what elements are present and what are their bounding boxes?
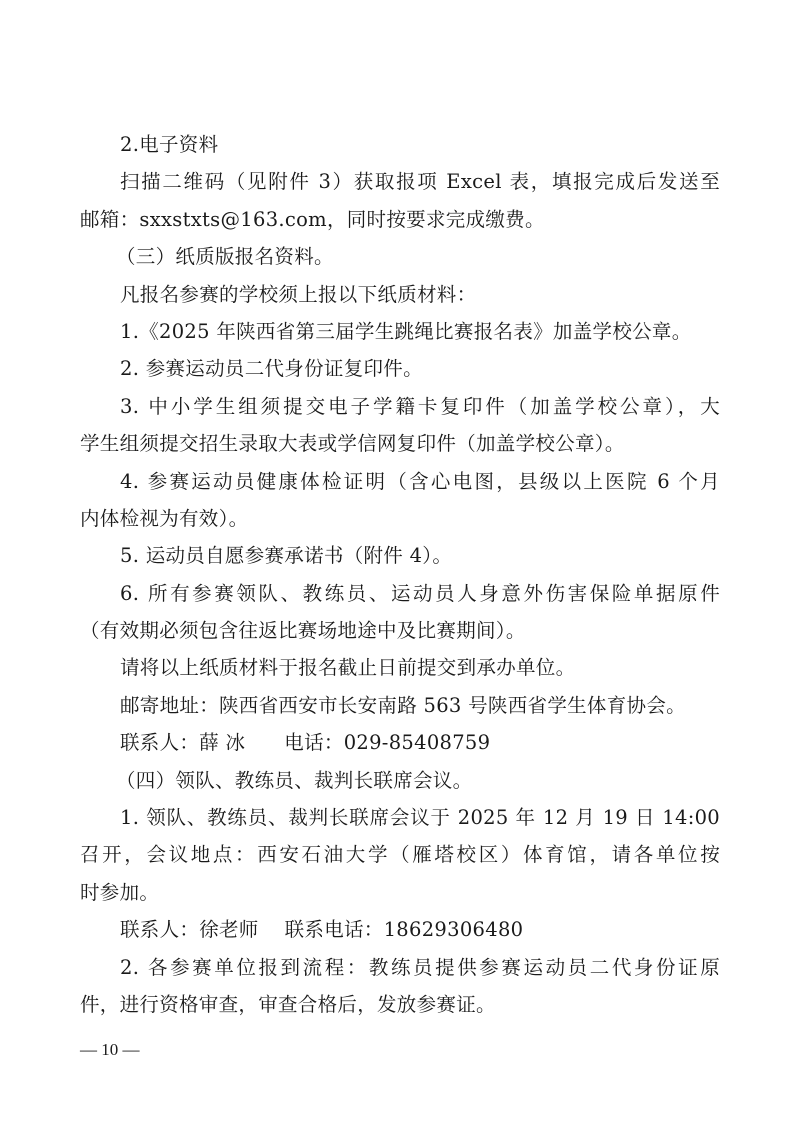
list-item-2: 2. 参赛运动员二代身份证复印件。 bbox=[80, 350, 720, 387]
paragraph-line-submit: 请将以上纸质材料于报名截止日前提交到承办单位。 bbox=[80, 649, 720, 686]
list-item-1: 1.《2025 年陕西省第三届学生跳绳比赛报名表》加盖学校公章。 bbox=[80, 313, 720, 350]
meeting-contact-info: 联系人：徐老师 联系电话：18629306480 bbox=[80, 911, 720, 948]
meeting-item-1-end: 时参加。 bbox=[80, 874, 720, 911]
paragraph-line: 扫描二维码（见附件 3）获取报项 Excel 表，填报完成后发送至 bbox=[80, 163, 720, 200]
heading-electronic-materials: 2.电子资料 bbox=[80, 126, 720, 163]
list-item-4-continued: 内体检视为有效）。 bbox=[80, 500, 720, 537]
document-body: 2.电子资料 扫描二维码（见附件 3）获取报项 Excel 表，填报完成后发送至… bbox=[80, 126, 720, 1023]
list-item-6: 6. 所有参赛领队、教练员、运动员人身意外伤害保险单据原件 bbox=[80, 575, 720, 612]
list-item-6-continued: （有效期必须包含往返比赛场地途中及比赛期间）。 bbox=[80, 612, 720, 649]
mailing-address: 邮寄地址：陕西省西安市长安南路 563 号陕西省学生体育协会。 bbox=[80, 687, 720, 724]
meeting-item-1: 1. 领队、教练员、裁判长联席会议于 2025 年 12 月 19 日 14:0… bbox=[80, 799, 720, 836]
list-item-3: 3. 中小学生组须提交电子学籍卡复印件（加盖学校公章），大 bbox=[80, 388, 720, 425]
list-item-3-continued: 学生组须提交招生录取大表或学信网复印件（加盖学校公章）。 bbox=[80, 425, 720, 462]
section-heading-meeting: （四）领队、教练员、裁判长联席会议。 bbox=[80, 762, 720, 799]
meeting-item-2-continued: 件，进行资格审查，审查合格后，发放参赛证。 bbox=[80, 986, 720, 1023]
page-number: — 10 — bbox=[80, 1040, 140, 1060]
contact-info: 联系人：薛 冰 电话：029-85408759 bbox=[80, 724, 720, 761]
meeting-item-1-continued: 召开，会议地点：西安石油大学（雁塔校区）体育馆，请各单位按 bbox=[80, 836, 720, 873]
section-heading-paper-materials: （三）纸质版报名资料。 bbox=[80, 238, 720, 275]
paragraph-line: 凡报名参赛的学校须上报以下纸质材料： bbox=[80, 276, 720, 313]
list-item-4: 4. 参赛运动员健康体检证明（含心电图，县级以上医院 6 个月 bbox=[80, 463, 720, 500]
list-item-5: 5. 运动员自愿参赛承诺书（附件 4）。 bbox=[80, 537, 720, 574]
paragraph-line-email: 邮箱：sxxstxts@163.com，同时按要求完成缴费。 bbox=[80, 201, 720, 238]
meeting-item-2: 2. 各参赛单位报到流程：教练员提供参赛运动员二代身份证原 bbox=[80, 949, 720, 986]
